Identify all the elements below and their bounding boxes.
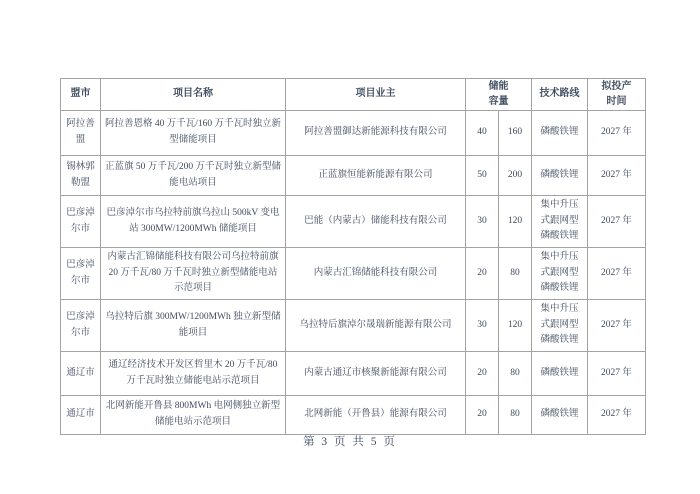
table-row: 巴彦淖尔市 乌拉特后旗 300MW/1200MWh 独立新型储能项目 乌拉特后旗… xyxy=(61,300,646,352)
cell-city: 巴彦淖尔市 xyxy=(61,196,101,248)
cell-owner: 内蒙古汇锦储能科技有限公司 xyxy=(286,248,466,300)
table-row: 锡林郭勒盟 正蓝旗 50 万千瓦/200 万千瓦时独立新型储能电站项目 正蓝旗恒… xyxy=(61,156,646,196)
cell-production-time: 2027 年 xyxy=(588,196,646,248)
cell-power: 30 xyxy=(466,196,499,248)
col-header-capacity: 储能容量 xyxy=(466,79,532,111)
cell-project-name: 通辽经济技术开发区哲里木 20 万千瓦/80 万千瓦时独立储能电站示范项目 xyxy=(101,352,286,396)
cell-project-name: 巴彦淖尔市乌拉特前旗乌拉山 500kV 变电站 300MW/1200MWh 储能… xyxy=(101,196,286,248)
cell-owner: 阿拉善盟御达新能源科技有限公司 xyxy=(286,111,466,156)
cell-production-time: 2027 年 xyxy=(588,248,646,300)
col-header-production-time: 拟投产时间 xyxy=(588,79,646,111)
cell-energy: 120 xyxy=(499,300,532,352)
page-number: 第 3 页 共 5 页 xyxy=(0,433,700,449)
cell-owner: 正蓝旗恒能新能源有限公司 xyxy=(286,156,466,196)
cell-project-name: 乌拉特后旗 300MW/1200MWh 独立新型储能项目 xyxy=(101,300,286,352)
cell-owner: 北网新能（开鲁县）能源有限公司 xyxy=(286,396,466,435)
cell-tech-route: 磷酸铁锂 xyxy=(532,156,588,196)
table-row: 巴彦淖尔市 巴彦淖尔市乌拉特前旗乌拉山 500kV 变电站 300MW/1200… xyxy=(61,196,646,248)
table-row: 通辽市 通辽经济技术开发区哲里木 20 万千瓦/80 万千瓦时独立储能电站示范项… xyxy=(61,352,646,396)
col-header-city: 盟市 xyxy=(61,79,101,111)
table-row: 阿拉善盟 阿拉善恩格 40 万千瓦/160 万千瓦时独立新型储能项目 阿拉善盟御… xyxy=(61,111,646,156)
cell-tech-route: 磷酸铁锂 xyxy=(532,111,588,156)
cell-tech-route: 集中升压式跟网型磷酸铁锂 xyxy=(532,300,588,352)
cell-power: 40 xyxy=(466,111,499,156)
cell-city: 通辽市 xyxy=(61,396,101,435)
cell-production-time: 2027 年 xyxy=(588,300,646,352)
table-row: 巴彦淖尔市 内蒙古汇锦储能科技有限公司乌拉特前旗 20 万千瓦/80 万千瓦时独… xyxy=(61,248,646,300)
col-header-production-time-label: 拟投产时间 xyxy=(600,80,634,109)
cell-city: 巴彦淖尔市 xyxy=(61,300,101,352)
cell-power: 20 xyxy=(466,248,499,300)
col-header-owner: 项目业主 xyxy=(286,79,466,111)
cell-owner: 巴能（内蒙古）储能科技有限公司 xyxy=(286,196,466,248)
col-header-capacity-label: 储能容量 xyxy=(487,80,511,109)
cell-owner: 内蒙古通辽市核聚新能源有限公司 xyxy=(286,352,466,396)
cell-power: 20 xyxy=(466,396,499,435)
header-row: 盟市 项目名称 项目业主 储能容量 技术路线 拟投产时间 xyxy=(61,79,646,111)
col-header-project-name: 项目名称 xyxy=(101,79,286,111)
cell-tech-route: 磷酸铁锂 xyxy=(532,396,588,435)
table-row: 通辽市 北网新能开鲁县 800MWh 电网侧独立新型储能电站示范项目 北网新能（… xyxy=(61,396,646,435)
cell-city: 巴彦淖尔市 xyxy=(61,248,101,300)
cell-energy: 80 xyxy=(499,396,532,435)
cell-tech-route: 集中升压式跟网型磷酸铁锂 xyxy=(532,196,588,248)
cell-production-time: 2027 年 xyxy=(588,396,646,435)
cell-energy: 80 xyxy=(499,352,532,396)
cell-tech-route: 磷酸铁锂 xyxy=(532,352,588,396)
cell-city: 锡林郭勒盟 xyxy=(61,156,101,196)
cell-production-time: 2027 年 xyxy=(588,352,646,396)
storage-projects-table: 盟市 项目名称 项目业主 储能容量 技术路线 拟投产时间 阿拉善盟 阿拉善恩格 … xyxy=(60,78,646,435)
cell-energy: 120 xyxy=(499,196,532,248)
cell-tech-route: 集中升压式跟网型磷酸铁锂 xyxy=(532,248,588,300)
cell-city: 阿拉善盟 xyxy=(61,111,101,156)
cell-project-name: 正蓝旗 50 万千瓦/200 万千瓦时独立新型储能电站项目 xyxy=(101,156,286,196)
cell-project-name: 北网新能开鲁县 800MWh 电网侧独立新型储能电站示范项目 xyxy=(101,396,286,435)
cell-production-time: 2027 年 xyxy=(588,111,646,156)
cell-project-name: 内蒙古汇锦储能科技有限公司乌拉特前旗 20 万千瓦/80 万千瓦时独立新型储能电… xyxy=(101,248,286,300)
cell-owner: 乌拉特后旗淖尔晟瑞新能源有限公司 xyxy=(286,300,466,352)
cell-energy: 200 xyxy=(499,156,532,196)
document-page: 盟市 项目名称 项目业主 储能容量 技术路线 拟投产时间 阿拉善盟 阿拉善恩格 … xyxy=(0,0,700,494)
cell-energy: 80 xyxy=(499,248,532,300)
col-header-tech-route: 技术路线 xyxy=(532,79,588,111)
cell-power: 30 xyxy=(466,300,499,352)
cell-power: 20 xyxy=(466,352,499,396)
cell-energy: 160 xyxy=(499,111,532,156)
cell-production-time: 2027 年 xyxy=(588,156,646,196)
cell-project-name: 阿拉善恩格 40 万千瓦/160 万千瓦时独立新型储能项目 xyxy=(101,111,286,156)
cell-power: 50 xyxy=(466,156,499,196)
cell-city: 通辽市 xyxy=(61,352,101,396)
